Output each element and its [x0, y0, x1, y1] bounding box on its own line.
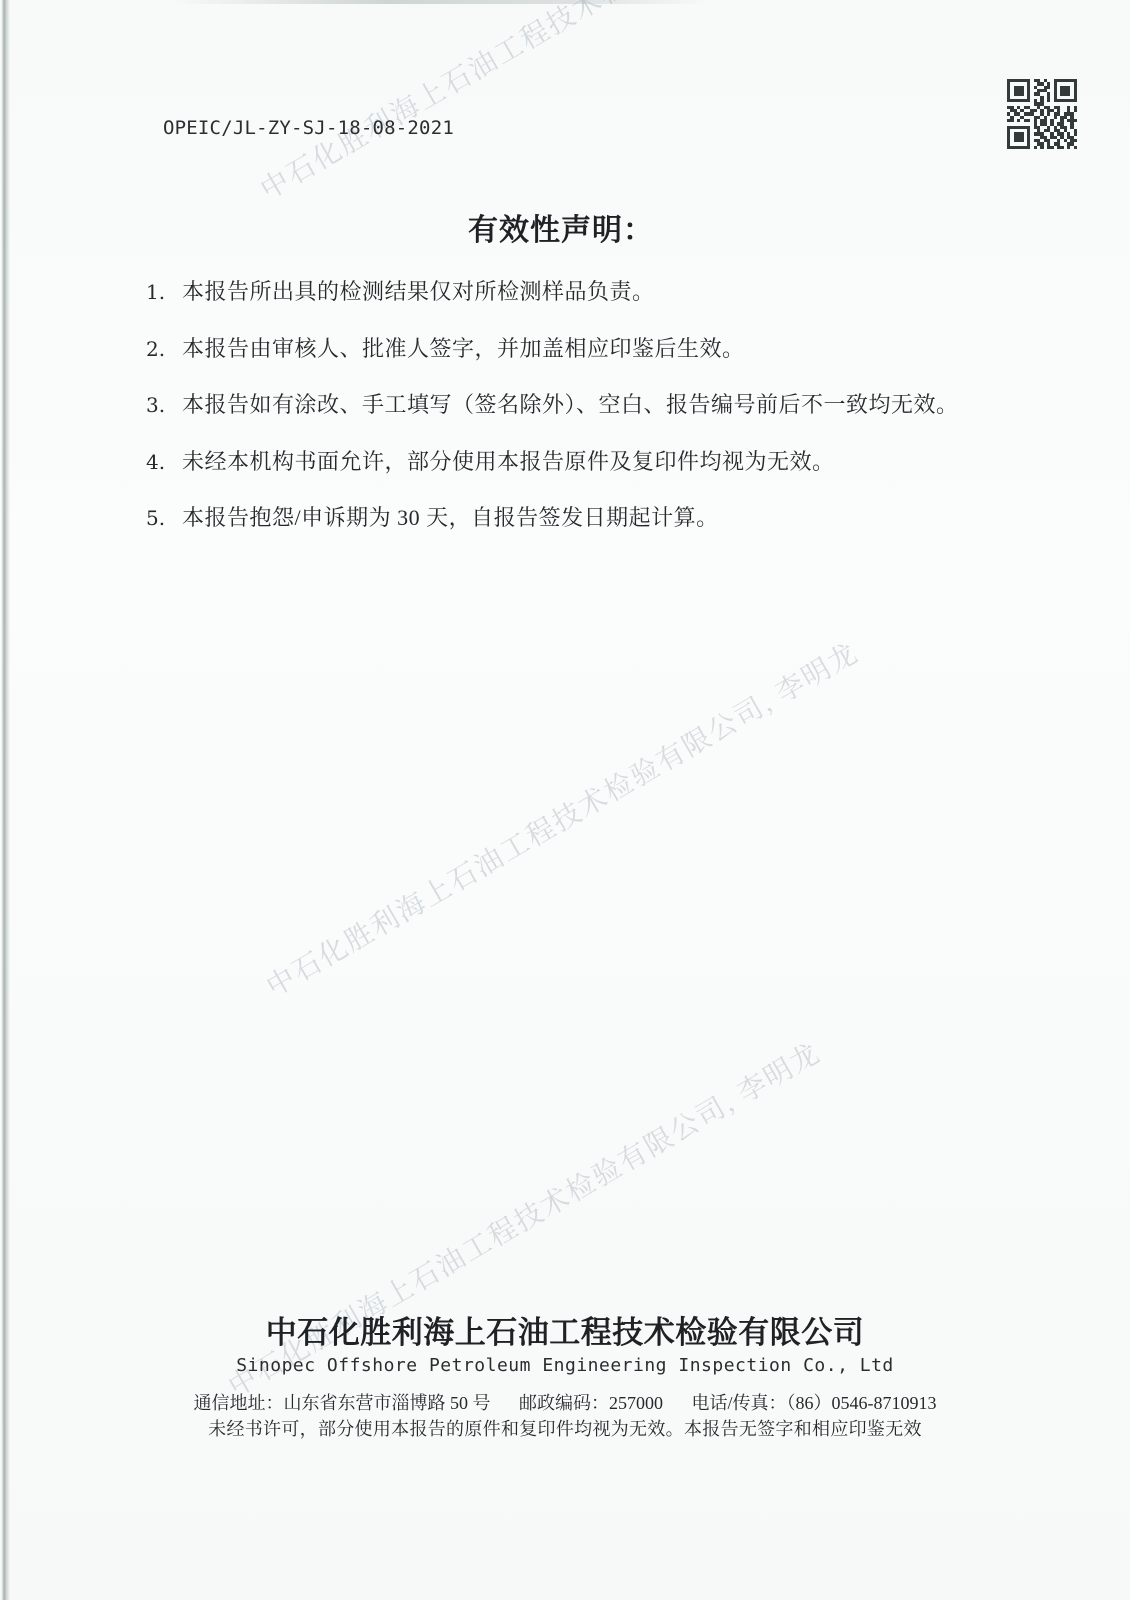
company-name-english: Sinopec Offshore Petroleum Engineering I…: [0, 1354, 1130, 1378]
scan-edge-artifact: [1, 0, 10, 1600]
statement-text: 本报告抱怨/申诉期为 30 天，自报告签发日期起计算。: [182, 504, 719, 532]
statement-number: 3.: [146, 391, 182, 419]
statement-item-4: 4. 未经本机构书面允许，部分使用本报告原件及复印件均视为无效。: [146, 448, 996, 476]
document-page: 中石化胜利海上石油工程技术检验有限公司, 李明龙 中石化胜利海上石油工程技术检验…: [0, 0, 1130, 1600]
statement-text: 未经本机构书面允许，部分使用本报告原件及复印件均视为无效。: [182, 448, 835, 476]
statement-text: 本报告所出具的检测结果仅对所检测样品负责。: [182, 278, 655, 306]
statement-item-5: 5. 本报告抱怨/申诉期为 30 天，自报告签发日期起计算。: [146, 504, 996, 532]
qr-code: [1007, 79, 1077, 149]
statement-text: 本报告如有涂改、手工填写（签名除外）、空白、报告编号前后不一致均无效。: [182, 391, 959, 419]
contact-phone-fax: 电话/传真：（86）0546-8710913: [692, 1393, 937, 1413]
statement-item-2: 2. 本报告由审核人、批准人签字，并加盖相应印鉴后生效。: [146, 335, 996, 363]
contact-line: 通信地址：山东省东营市淄博路 50 号 邮政编码：257000 电话/传真：（8…: [0, 1392, 1130, 1415]
statement-item-3: 3. 本报告如有涂改、手工填写（签名除外）、空白、报告编号前后不一致均无效。: [146, 391, 996, 419]
contact-address: 通信地址：山东省东营市淄博路 50 号: [194, 1393, 491, 1413]
footer-notice: 未经书许可，部分使用本报告的原件和复印件均视为无效。本报告无签字和相应印鉴无效: [0, 1418, 1130, 1440]
statement-number: 1.: [146, 278, 182, 306]
statement-number: 4.: [146, 448, 182, 476]
watermark-middle: 中石化胜利海上石油工程技术检验有限公司, 李明龙: [261, 637, 865, 1005]
footer: 中石化胜利海上石油工程技术检验有限公司 Sinopec Offshore Pet…: [0, 1313, 1130, 1440]
statement-number: 2.: [146, 335, 182, 363]
statement-number: 5.: [146, 504, 182, 532]
contact-postal-code: 邮政编码：257000: [519, 1393, 663, 1413]
statement-text: 本报告由审核人、批准人签字，并加盖相应印鉴后生效。: [182, 335, 745, 363]
company-name-chinese: 中石化胜利海上石油工程技术检验有限公司: [0, 1313, 1130, 1353]
statement-item-1: 1. 本报告所出具的检测结果仅对所检测样品负责。: [146, 278, 996, 306]
statement-list: 1. 本报告所出具的检测结果仅对所检测样品负责。 2. 本报告由审核人、批准人签…: [146, 278, 996, 561]
page-title: 有效性声明：: [468, 205, 654, 249]
document-code: OPEIC/JL-ZY-SJ-18-08-2021: [163, 117, 454, 139]
watermark-top: 中石化胜利海上石油工程技术检验有限公司, 李明龙: [255, 0, 859, 208]
